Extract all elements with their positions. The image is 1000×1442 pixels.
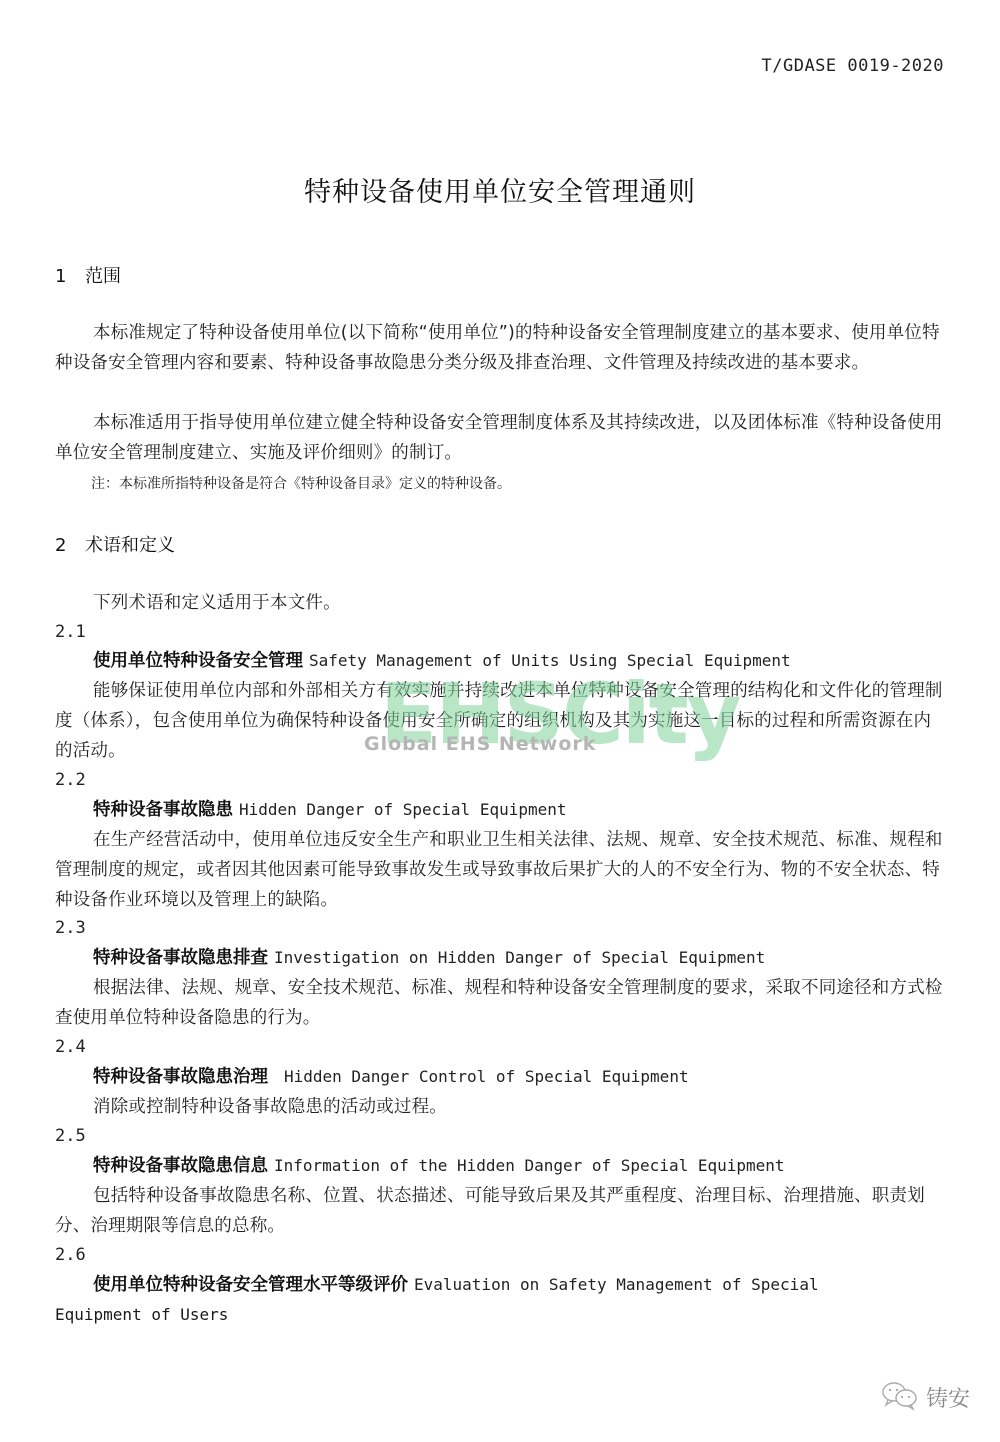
clause-number-2-6: 2.6 xyxy=(55,1245,86,1265)
term-2-5: 特种设备事故隐患信息Information of the Hidden Dang… xyxy=(55,1151,953,1181)
section-2-heading: 2术语和定义 xyxy=(55,531,175,557)
term-2-2: 特种设备事故隐患Hidden Danger of Special Equipme… xyxy=(55,795,953,825)
wechat-icon xyxy=(880,1380,920,1414)
term-zh: 使用单位特种设备安全管理 xyxy=(93,651,303,671)
clause-number-2-2: 2.2 xyxy=(55,770,86,790)
footer-brand: 铸安 xyxy=(880,1380,970,1414)
section-1-paragraph-2: 本标准适用于指导使用单位建立健全特种设备安全管理制度体系及其持续改进，以及团体标… xyxy=(55,408,945,468)
section-number: 1 xyxy=(55,266,85,287)
term-2-4-definition: 消除或控制特种设备事故隐患的活动或过程。 xyxy=(55,1092,945,1122)
clause-number-2-3: 2.3 xyxy=(55,918,86,938)
term-en: Information of the Hidden Danger of Spec… xyxy=(274,1156,785,1175)
term-zh: 特种设备事故隐患 xyxy=(93,800,233,820)
term-en: Safety Management of Units Using Special… xyxy=(309,651,791,670)
term-2-1-definition: 能够保证使用单位内部和外部相关方有效实施并持续改进本单位特种设备安全管理的结构化… xyxy=(55,676,945,766)
term-en: Evaluation on Safety Management of Speci… xyxy=(414,1275,819,1294)
term-zh: 特种设备事故隐患治理 xyxy=(93,1067,268,1087)
section-1-heading: 1范围 xyxy=(55,262,121,288)
term-2-1: 使用单位特种设备安全管理Safety Management of Units U… xyxy=(55,646,953,676)
term-2-5-definition: 包括特种设备事故隐患名称、位置、状态描述、可能导致后果及其严重程度、治理目标、治… xyxy=(55,1181,945,1241)
term-en: Hidden Danger Control of Special Equipme… xyxy=(284,1067,689,1086)
term-2-3-definition: 根据法律、法规、规章、安全技术规范、标准、规程和特种设备安全管理制度的要求，采取… xyxy=(55,973,945,1033)
term-zh: 特种设备事故隐患排查 xyxy=(93,948,268,968)
term-2-6-en-continuation: Equipment of Users xyxy=(55,1300,228,1330)
clause-number-2-4: 2.4 xyxy=(55,1037,86,1057)
document-title: 特种设备使用单位安全管理通则 xyxy=(0,170,1000,209)
section-1-note: 注：本标准所指特种设备是符合《特种设备目录》定义的特种设备。 xyxy=(55,473,511,493)
section-2-intro: 下列术语和定义适用于本文件。 xyxy=(55,588,945,618)
section-number: 2 xyxy=(55,535,85,556)
standard-code: T/GDASE 0019-2020 xyxy=(762,56,945,76)
term-2-6: 使用单位特种设备安全管理水平等级评价Evaluation on Safety M… xyxy=(55,1270,953,1300)
term-en: Hidden Danger of Special Equipment xyxy=(239,800,567,819)
term-en-continued: Equipment of Users xyxy=(55,1305,228,1324)
section-title: 范围 xyxy=(85,266,121,287)
term-zh: 特种设备事故隐患信息 xyxy=(93,1156,268,1176)
section-title: 术语和定义 xyxy=(85,535,175,556)
term-en: Investigation on Hidden Danger of Specia… xyxy=(274,948,765,967)
term-2-2-definition: 在生产经营活动中，使用单位违反安全生产和职业卫生相关法律、法规、规章、安全技术规… xyxy=(55,825,945,915)
term-2-4: 特种设备事故隐患治理Hidden Danger Control of Speci… xyxy=(55,1062,953,1092)
term-zh: 使用单位特种设备安全管理水平等级评价 xyxy=(93,1275,408,1295)
section-1-paragraph-1: 本标准规定了特种设备使用单位(以下简称“使用单位”)的特种设备安全管理制度建立的… xyxy=(55,318,945,378)
term-2-3: 特种设备事故隐患排查Investigation on Hidden Danger… xyxy=(55,943,953,973)
clause-number-2-1: 2.1 xyxy=(55,622,86,642)
clause-number-2-5: 2.5 xyxy=(55,1126,86,1146)
footer-brand-name: 铸安 xyxy=(926,1382,970,1413)
